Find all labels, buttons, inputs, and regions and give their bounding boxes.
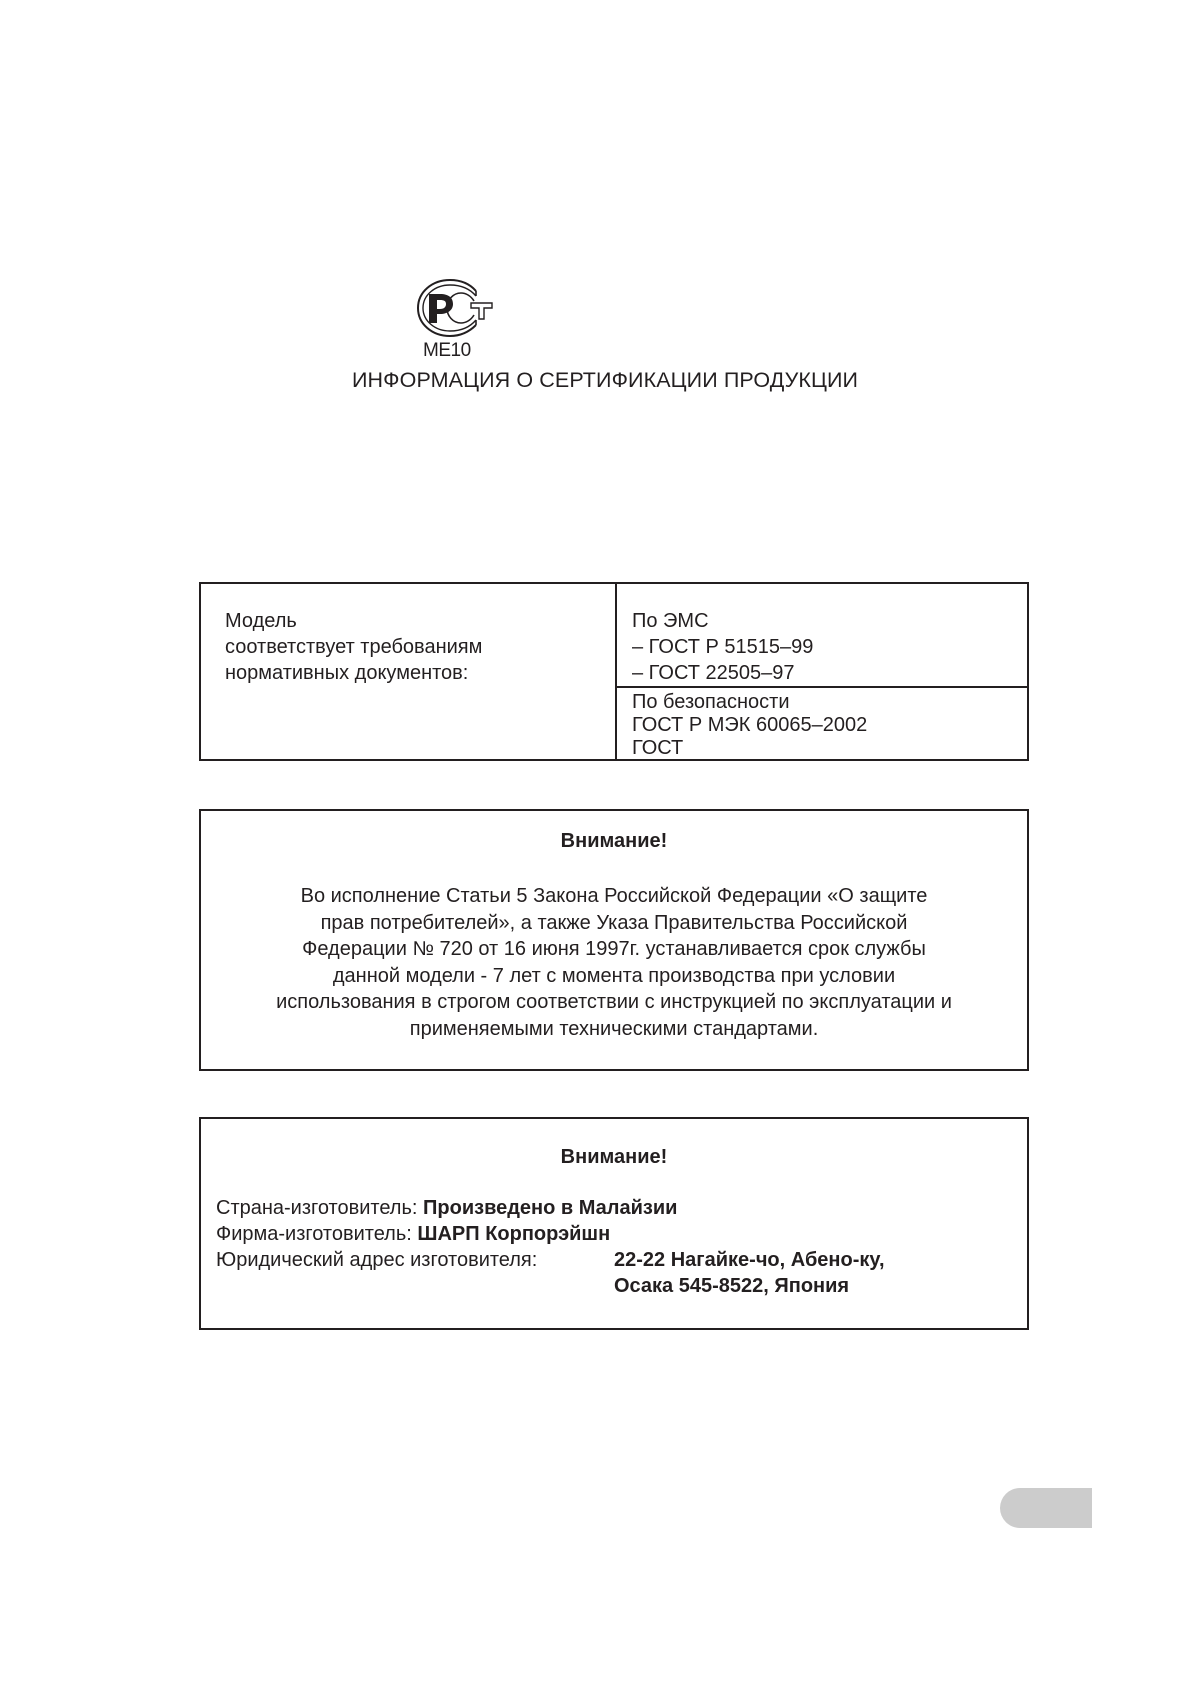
notice-title: Внимание! xyxy=(201,830,1027,853)
table-row-divider xyxy=(615,686,1027,688)
page-title: ИНФОРМАЦИЯ О СЕРТИФИКАЦИИ ПРОДУКЦИИ xyxy=(352,368,858,393)
country-value: Произведено в Малайзии xyxy=(423,1197,677,1219)
notice-body: Во исполнение Статьи 5 Закона Российской… xyxy=(201,883,1027,1042)
notice-line: Во исполнение Статьи 5 Закона Российской… xyxy=(201,883,1027,910)
manufacturer-notice: Внимание! Страна-изготовитель: Произведе… xyxy=(199,1117,1029,1330)
country-label: Страна-изготовитель: xyxy=(216,1197,417,1219)
safety-standard: ГОСТ Р МЭК 60065–2002 xyxy=(632,714,867,737)
safety-standard: ГОСТ xyxy=(632,737,867,760)
notice-line: прав потребителей», а также Указа Правит… xyxy=(201,910,1027,937)
rst-certification-mark-icon xyxy=(416,279,494,337)
table-column-divider xyxy=(615,584,617,759)
certification-table: Модель соответствует требованиям нормати… xyxy=(199,582,1029,761)
compliance-line: нормативных документов: xyxy=(225,660,482,686)
emc-standard: – ГОСТ Р 51515–99 xyxy=(632,634,813,660)
notice-line: Федерации № 720 от 16 июня 1997г. устана… xyxy=(201,936,1027,963)
notice-line: использования в строгом соответствии с и… xyxy=(201,989,1027,1016)
emc-heading: По ЭМС xyxy=(632,608,813,634)
address-label: Юридический адрес изготовителя: xyxy=(216,1247,614,1273)
compliance-line: соответствует требованиям xyxy=(225,634,482,660)
compliance-line: Модель xyxy=(225,608,482,634)
company-value: ШАРП Корпорэйшн xyxy=(417,1223,610,1245)
safety-heading: По безопасности xyxy=(632,691,867,714)
notice-line: применяемыми техническими стандартами. xyxy=(201,1016,1027,1043)
emc-standard: – ГОСТ 22505–97 xyxy=(632,660,813,686)
compliance-statement-cell: Модель соответствует требованиям нормати… xyxy=(225,608,482,686)
page-number-tab xyxy=(1000,1488,1092,1528)
service-life-notice: Внимание! Во исполнение Статьи 5 Закона … xyxy=(199,809,1029,1071)
address-row: Юридический адрес изготовителя:22-22 Наг… xyxy=(216,1247,885,1299)
notice-line: данной модели - 7 лет с момента производ… xyxy=(201,963,1027,990)
emc-standards-cell: По ЭМС – ГОСТ Р 51515–99 – ГОСТ 22505–97 xyxy=(632,608,813,686)
certification-code: ME10 xyxy=(423,340,471,362)
safety-standards-cell: По безопасности ГОСТ Р МЭК 60065–2002 ГО… xyxy=(632,691,867,760)
company-label: Фирма-изготовитель: xyxy=(216,1223,412,1245)
manufacturer-details: Страна-изготовитель: Произведено в Малай… xyxy=(216,1195,885,1299)
address-line: 22-22 Нагайке-чо, Абено-ку, xyxy=(614,1247,885,1273)
country-row: Страна-изготовитель: Произведено в Малай… xyxy=(216,1195,885,1221)
notice-title: Внимание! xyxy=(201,1146,1027,1169)
address-value: 22-22 Нагайке-чо, Абено-ку,Осака 545-852… xyxy=(614,1247,885,1299)
company-row: Фирма-изготовитель: ШАРП Корпорэйшн xyxy=(216,1221,885,1247)
address-line: Осака 545-8522, Япония xyxy=(614,1273,885,1299)
